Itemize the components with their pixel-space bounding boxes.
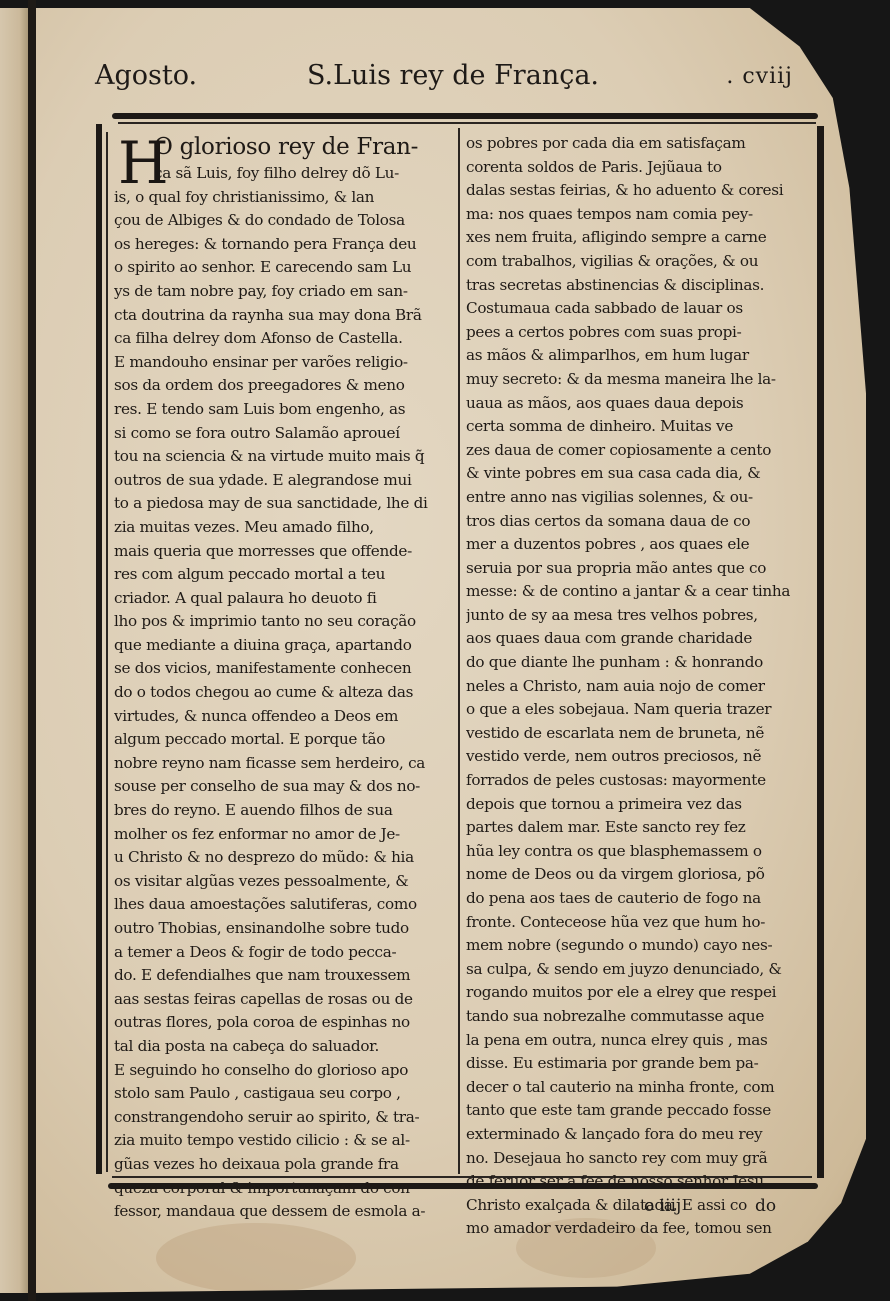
text-column-right: os pobres por cada dia em satisfaçam cor… xyxy=(466,132,808,1241)
text-line: ys de tam nobre pay, foy criado em san- xyxy=(114,280,456,304)
text-line: decer o tal cauterio na minha fronte, co… xyxy=(466,1076,808,1100)
text-line: seruia por sua propria mão antes que co xyxy=(466,557,808,581)
water-stain xyxy=(156,1223,356,1293)
text-line: molher os fez enformar no amor de Je- xyxy=(114,823,456,847)
text-line: as mãos & alimparlhos, em hum lugar xyxy=(466,344,808,368)
text-line: ca filha delrey dom Afonso de Castella. xyxy=(114,327,456,351)
text-line: messe: & de contino a jantar & a cear ti… xyxy=(466,580,808,604)
text-line: la pena em outra, nunca elrey quis , mas xyxy=(466,1029,808,1053)
text-line: nome de Deos ou da virgem gloriosa, põ xyxy=(466,863,808,887)
page-footer: o iiij do xyxy=(640,1196,790,1224)
text-line: os hereges: & tornando pera França deu xyxy=(114,233,456,257)
text-line: fronte. Conteceose hũa vez que hum ho- xyxy=(466,911,808,935)
text-line: pees a certos pobres com suas propi- xyxy=(466,321,808,345)
text-line: disse. Eu estimaria por grande bem pa- xyxy=(466,1052,808,1076)
text-line: to a piedosa may de sua sanctidade, lhe … xyxy=(114,492,456,516)
right-frame-rule xyxy=(817,126,824,1178)
text-line: zia muitas vezes. Meu amado filho, xyxy=(114,516,456,540)
text-line: o spirito ao senhor. E carecendo sam Lu xyxy=(114,256,456,280)
text-line: tal dia posta na cabeça do saluador. xyxy=(114,1035,456,1059)
text-line: do que diante lhe punham : & honrando xyxy=(466,651,808,675)
text-line: se dos vicios, manifestamente conhecen xyxy=(114,657,456,681)
text-line: a temer a Deos & fogir de todo pecca- xyxy=(114,941,456,965)
text-line: outras flores, pola coroa de espinhas no xyxy=(114,1011,456,1035)
text-line: de feruor ser a fee de nosso senhor Jesu xyxy=(466,1170,808,1194)
text-line: lhes daua amoestações salutiferas, como xyxy=(114,893,456,917)
running-head-month: Agosto. xyxy=(95,60,197,91)
text-line: E seguindo ho conselho do glorioso apo xyxy=(114,1059,456,1083)
top-rule-thin xyxy=(118,122,816,124)
text-line: Costumaua cada sabbado de lauar os xyxy=(466,297,808,321)
text-line: lho pos & imprimio tanto no seu coração xyxy=(114,610,456,634)
text-line: do o todos chegou ao cume & alteza das xyxy=(114,681,456,705)
text-line: E mandouho ensinar per varões religio- xyxy=(114,351,456,375)
text-line: tou na sciencia & na virtude muito mais … xyxy=(114,445,456,469)
text-line: os pobres por cada dia em satisfaçam xyxy=(466,132,808,156)
text-line: o que a eles sobejaua. Nam queria trazer xyxy=(466,698,808,722)
signature-mark: o iiij xyxy=(644,1196,681,1216)
text-line: fessor, mandaua que dessem de esmola a- xyxy=(114,1200,456,1224)
text-line: partes dalem mar. Este sancto rey fez xyxy=(466,816,808,840)
text-line: certa somma de dinheiro. Muitas ve xyxy=(466,415,808,439)
text-line: aos quaes daua com grande charidade xyxy=(466,627,808,651)
text-line: & vinte pobres em sua casa cada dia, & xyxy=(466,462,808,486)
text-column-left: H O glorioso rey de Fran- ça sã Luis, fo… xyxy=(114,132,456,1224)
text-line: corenta soldos de Paris. Jejũaua to xyxy=(466,156,808,180)
text-line: do pena aos taes de cauterio de fogo na xyxy=(466,887,808,911)
text-line: os visitar algũas vezes pessoalmente, & xyxy=(114,870,456,894)
text-line: muy secreto: & da mesma maneira lhe la- xyxy=(466,368,808,392)
text-line: forrados de peles custosas: mayormente xyxy=(466,769,808,793)
drop-cap: H xyxy=(118,134,168,192)
text-line: hũa ley contra os que blasphemassem o xyxy=(466,840,808,864)
text-line: zes daua de comer copiosamente a cento xyxy=(466,439,808,463)
text-line: junto de sy aa mesa tres velhos pobres, xyxy=(466,604,808,628)
text-line: uaua as mãos, aos quaes daua depois xyxy=(466,392,808,416)
text-line: que mediante a diuina graça, apartando xyxy=(114,634,456,658)
text-line: dalas sestas feirias, & ho aduento & cor… xyxy=(466,179,808,203)
text-line: aas sestas feiras capellas de rosas ou d… xyxy=(114,988,456,1012)
text-line: virtudes, & nunca offendeo a Deos em xyxy=(114,705,456,729)
text-line: res. E tendo sam Luis bom engenho, as xyxy=(114,398,456,422)
text-line: constrangendoho seruir ao spirito, & tra… xyxy=(114,1106,456,1130)
top-rule-thick xyxy=(112,113,818,119)
text-line: com trabalhos, vigilias & orações, & ou xyxy=(466,250,808,274)
text-line: depois que tornou a primeira vez das xyxy=(466,793,808,817)
text-line: çou de Albiges & do condado de Tolosa xyxy=(114,209,456,233)
text-line: mem nobre (segundo o mundo) cayo nes- xyxy=(466,934,808,958)
text-line: u Christo & no desprezo do mũdo: & hia xyxy=(114,846,456,870)
text-line: queza corporal & importunaçam do con xyxy=(114,1177,456,1201)
text-line: vestido de escarlata nem de bruneta, nẽ xyxy=(466,722,808,746)
text-line: criador. A qual palaura ho deuoto fi xyxy=(114,587,456,611)
left-frame-rule xyxy=(96,124,102,1174)
text-line: do. E defendialhes que nam trouxessem xyxy=(114,964,456,988)
text-line: outros de sua ydade. E alegrandose mui xyxy=(114,469,456,493)
text-line: vestido verde, nem outros preciosos, nẽ xyxy=(466,745,808,769)
text-line: tando sua nobrezalhe commutasse aque xyxy=(466,1005,808,1029)
text-line: tras secretas abstinencias & disciplinas… xyxy=(466,274,808,298)
text-line: exterminado & lançado fora do meu rey xyxy=(466,1123,808,1147)
text-line: souse per conselho de sua may & dos no- xyxy=(114,775,456,799)
text-line: si como se fora outro Salamão aproueí xyxy=(114,422,456,446)
text-line: rogando muitos por ele a elrey que respe… xyxy=(466,981,808,1005)
text-line: stolo sam Paulo , castigaua seu corpo , xyxy=(114,1082,456,1106)
text-line: gũas vezes ho deixaua pola grande fra xyxy=(114,1153,456,1177)
text-line: zia muito tempo vestido cilicio : & se a… xyxy=(114,1129,456,1153)
column-divider xyxy=(458,128,460,1174)
text-line: algum peccado mortal. E porque tão xyxy=(114,728,456,752)
text-line: xes nem fruita, afligindo sempre a carne xyxy=(466,226,808,250)
text-line: mais queria que morresses que offende- xyxy=(114,540,456,564)
text-line: ma: nos quaes tempos nam comia pey- xyxy=(466,203,808,227)
facing-page-edge xyxy=(0,8,28,1293)
text-line: res com algum peccado mortal a teu xyxy=(114,563,456,587)
text-line: no. Desejaua ho sancto rey com muy grã xyxy=(466,1147,808,1171)
catchword: do xyxy=(755,1196,776,1216)
text-line: tanto que este tam grande peccado fosse xyxy=(466,1099,808,1123)
folio-number: . cviij xyxy=(726,64,793,89)
text-line: mer a duzentos pobres , aos quaes ele xyxy=(466,533,808,557)
book-gutter xyxy=(28,0,36,1301)
text-line: sos da ordem dos preegadores & meno xyxy=(114,374,456,398)
text-line: outro Thobias, ensinandolhe sobre tudo xyxy=(114,917,456,941)
running-head-title: S.Luis rey de França. xyxy=(307,60,599,91)
left-frame-rule-thin xyxy=(106,132,108,1172)
text-line: sa culpa, & sendo em juyzo denunciado, & xyxy=(466,958,808,982)
text-line: tros dias certos da somana daua de co xyxy=(466,510,808,534)
text-line: nobre reyno nam ficasse sem herdeiro, ca xyxy=(114,752,456,776)
text-line: entre anno nas vigilias solennes, & ou- xyxy=(466,486,808,510)
text-line: cta doutrina da raynha sua may dona Brã xyxy=(114,304,456,328)
running-head: Agosto. S.Luis rey de França. . cviij xyxy=(95,58,815,98)
text-line: neles a Christo, nam auia nojo de comer xyxy=(466,675,808,699)
text-line: bres do reyno. E auendo filhos de sua xyxy=(114,799,456,823)
